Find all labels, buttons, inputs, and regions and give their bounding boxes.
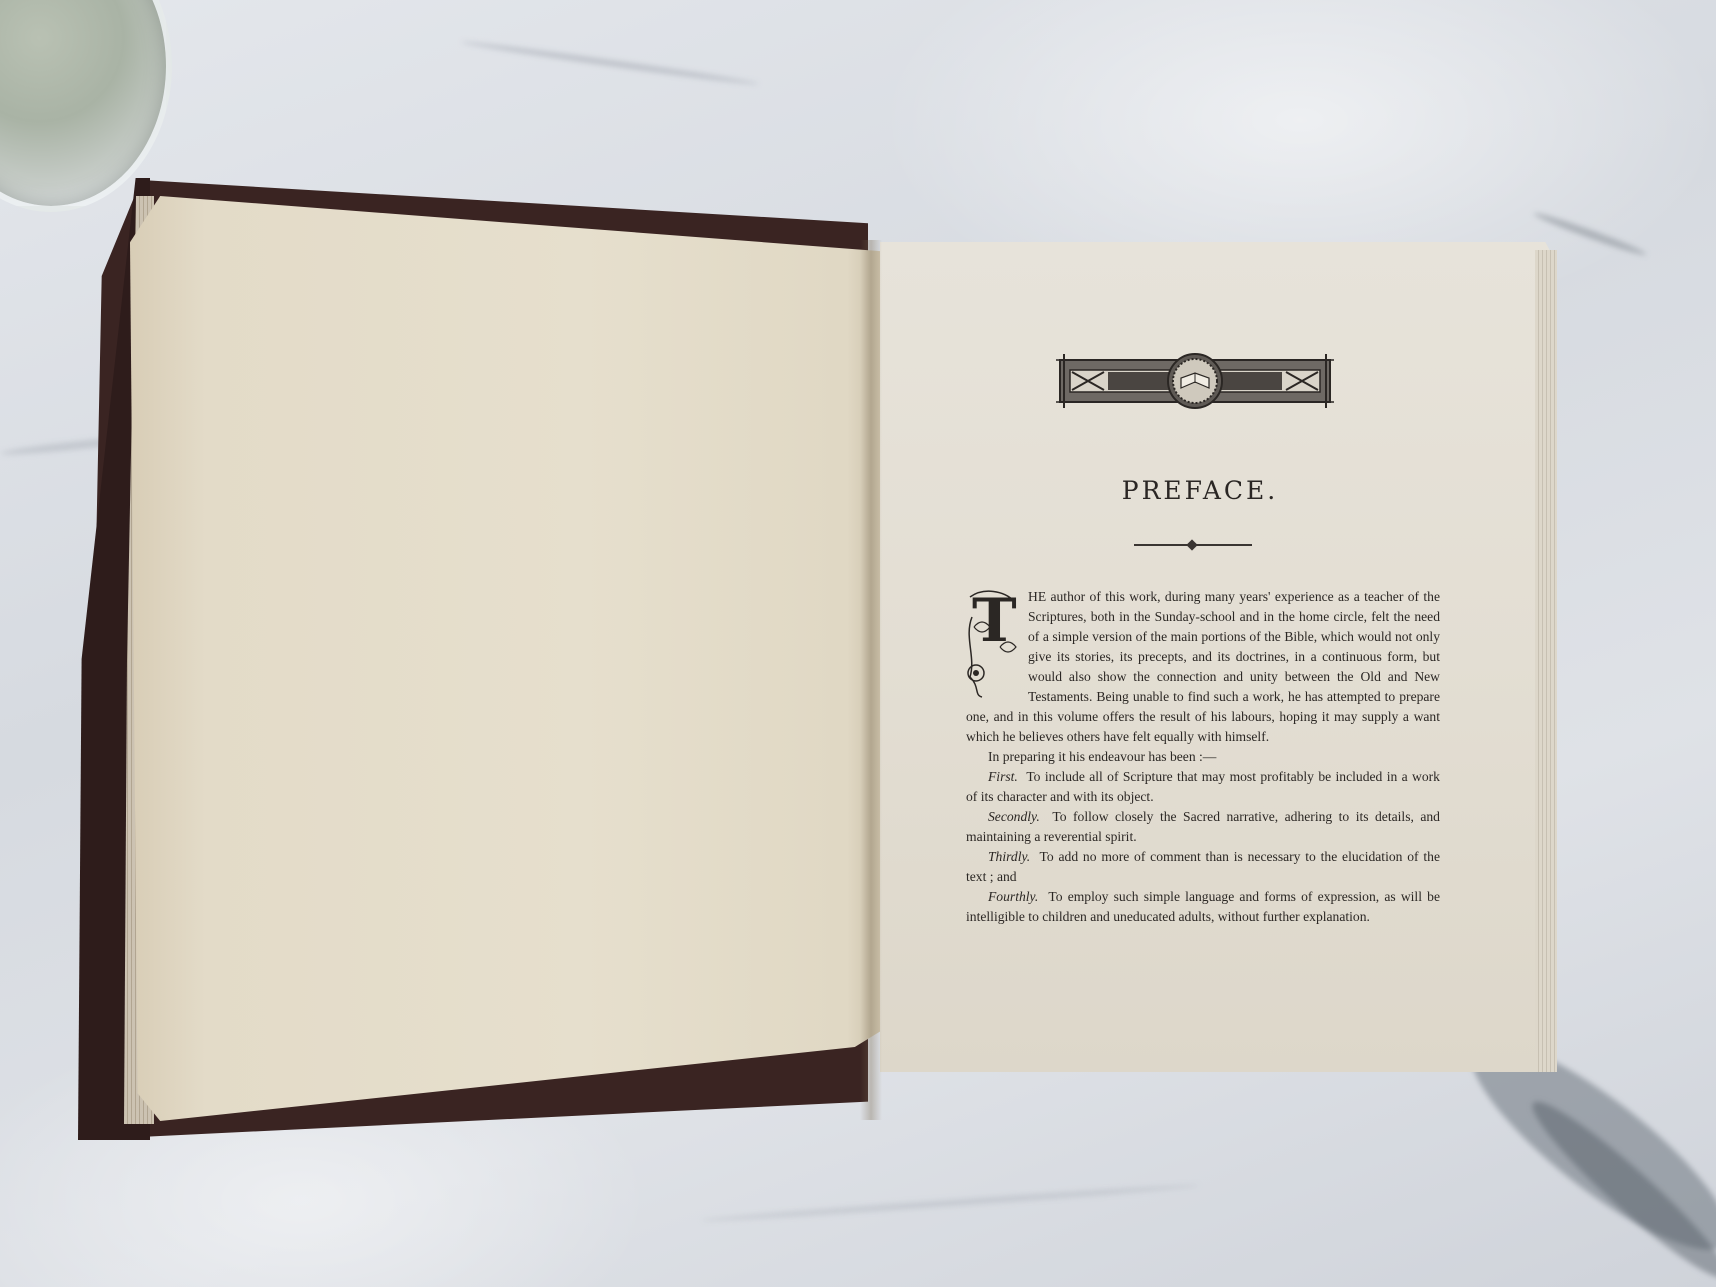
page-stack-right (1535, 250, 1557, 1072)
left-page-blank (130, 196, 885, 1121)
point-first: First. To include all of Scripture that … (966, 767, 1440, 807)
point-thirdly: Thirdly. To add no more of comment than … (966, 847, 1440, 887)
point-secondly: Secondly. To follow closely the Sacred n… (966, 807, 1440, 847)
ornamental-headpiece-icon (1056, 352, 1334, 410)
book-gutter (860, 240, 882, 1120)
opening-paragraph: T HE author of this work, during many ye… (966, 587, 1440, 747)
illuminated-drop-cap: T (964, 587, 1022, 699)
preface-text: T HE author of this work, during many ye… (966, 587, 1440, 927)
intro-line: In preparing it his endeavour has been :… (966, 747, 1440, 767)
page-title: PREFACE. (1000, 476, 1400, 505)
point-fourthly: Fourthly. To employ such simple language… (966, 887, 1440, 927)
